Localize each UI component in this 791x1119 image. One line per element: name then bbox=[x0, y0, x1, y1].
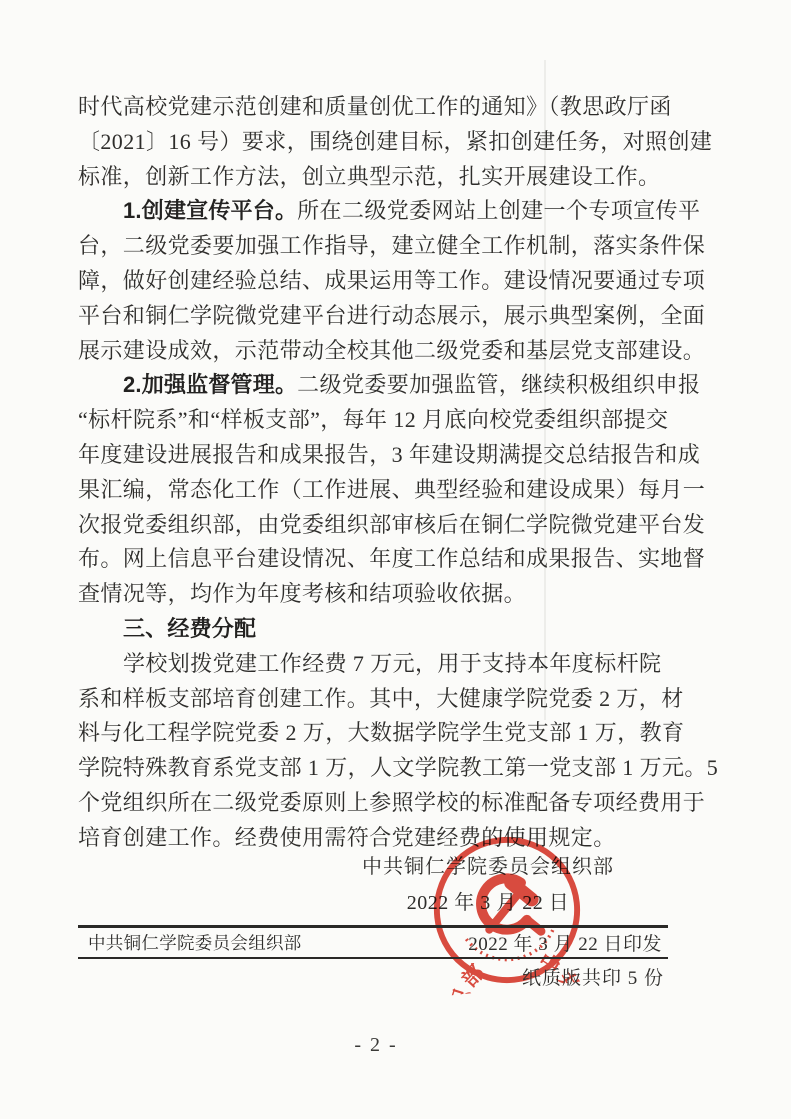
text-line: 系和样板支部培育创建工作。其中，大健康学院党委 2 万，材 bbox=[78, 682, 718, 717]
colophon: 中共铜仁学院委员会组织部 2022 年 3 月 22 日印发 纸质版共印 5 份 bbox=[78, 925, 668, 992]
text-line: 查情况等，均作为年度考核和结项验收依据。 bbox=[78, 577, 718, 612]
line-text: 展示建设成效，示范带动全校其他二级党委和基层党支部建设。 bbox=[78, 338, 705, 363]
line-text: 果汇编，常态化工作（工作进展、典型经验和建设成果）每月一 bbox=[78, 477, 705, 502]
text-line: 个党组织所在二级党委原则上参照学校的标准配备专项经费用于 bbox=[78, 786, 718, 821]
colophon-copies: 纸质版共印 5 份 bbox=[78, 966, 668, 992]
text-line: 果汇编，常态化工作（工作进展、典型经验和建设成果）每月一 bbox=[78, 473, 718, 508]
line-lead: 2.加强监督管理。 bbox=[123, 372, 297, 397]
text-line: 1.创建宣传平台。所在二级党委网站上创建一个专项宣传平 bbox=[78, 194, 718, 229]
colophon-row: 中共铜仁学院委员会组织部 2022 年 3 月 22 日印发 bbox=[78, 928, 668, 957]
text-line: 料与化工程学院党委 2 万，大数据学院学生党支部 1 万，教育 bbox=[78, 716, 718, 751]
colophon-rule-bottom bbox=[78, 957, 668, 960]
line-text: 〔2021〕16 号）要求，围绕创建目标，紧扣创建任务，对照创建 bbox=[78, 129, 712, 154]
line-text: 系和样板支部培育创建工作。其中，大健康学院党委 2 万，材 bbox=[78, 686, 684, 711]
text-line: 学校划拨党建工作经费 7 万元，用于支持本年度标杆院 bbox=[78, 647, 718, 682]
line-text: 所在二级党委网站上创建一个专项宣传平 bbox=[297, 198, 700, 223]
colophon-issue-date: 2022 年 3 月 22 日印发 bbox=[468, 929, 662, 956]
line-text: “标杆院系”和“样板支部”，每年 12 月底向校党委组织部提交 bbox=[78, 407, 668, 432]
text-line: 次报党委组织部，由党委组织部审核后在铜仁学院微党建平台发 bbox=[78, 508, 718, 543]
line-text: 时代高校党建示范创建和质量创优工作的通知》（教思政厅函 bbox=[78, 94, 672, 119]
line-text: 个党组织所在二级党委原则上参照学校的标准配备专项经费用于 bbox=[78, 790, 705, 815]
text-line: 展示建设成效，示范带动全校其他二级党委和基层党支部建设。 bbox=[78, 334, 718, 369]
line-text: 障，做好创建经验总结、成果运用等工作。建设情况要通过专项 bbox=[78, 268, 705, 293]
document-body: 时代高校党建示范创建和质量创优工作的通知》（教思政厅函 〔2021〕16 号）要… bbox=[78, 90, 718, 856]
scanned-document-page: 时代高校党建示范创建和质量创优工作的通知》（教思政厅函 〔2021〕16 号）要… bbox=[0, 0, 791, 1119]
line-text: 二级党委要加强监管，继续积极组织申报 bbox=[297, 372, 700, 397]
line-text: 平台和铜仁学院微党建平台进行动态展示，展示典型案例，全面 bbox=[78, 303, 705, 328]
text-line: 学院特殊教育系党支部 1 万，人文学院教工第一党支部 1 万元。5 bbox=[78, 751, 718, 786]
section-heading: 三、经费分配 bbox=[78, 612, 718, 647]
text-line: 布。网上信息平台建设情况、年度工作总结和成果报告、实地督 bbox=[78, 542, 718, 577]
line-text: 查情况等，均作为年度考核和结项验收依据。 bbox=[78, 581, 526, 606]
text-line: “标杆院系”和“样板支部”，每年 12 月底向校党委组织部提交 bbox=[78, 403, 718, 438]
text-line: 2.加强监督管理。二级党委要加强监管，继续积极组织申报 bbox=[78, 368, 718, 403]
text-line: 时代高校党建示范创建和质量创优工作的通知》（教思政厅函 bbox=[78, 90, 718, 125]
line-text: 台，二级党委要加强工作指导，建立健全工作机制，落实条件保 bbox=[78, 233, 705, 258]
text-line: 〔2021〕16 号）要求，围绕创建目标，紧扣创建任务，对照创建 bbox=[78, 125, 718, 160]
line-text: 年度建设进展报告和成果报告，3 年建设期满提交总结报告和成 bbox=[78, 442, 700, 467]
line-lead: 1.创建宣传平台。 bbox=[123, 198, 297, 223]
line-text: 学校划拨党建工作经费 7 万元，用于支持本年度标杆院 bbox=[123, 651, 661, 676]
line-text: 学院特殊教育系党支部 1 万，人文学院教工第一党支部 1 万元。5 bbox=[78, 755, 718, 780]
colophon-issuer: 中共铜仁学院委员会组织部 bbox=[88, 930, 302, 955]
text-line: 平台和铜仁学院微党建平台进行动态展示，展示典型案例，全面 bbox=[78, 299, 718, 334]
page-number: - 2 - bbox=[320, 1034, 432, 1057]
line-lead: 三、经费分配 bbox=[123, 616, 256, 641]
line-text: 布。网上信息平台建设情况、年度工作总结和成果报告、实地督 bbox=[78, 546, 705, 571]
text-line: 障，做好创建经验总结、成果运用等工作。建设情况要通过专项 bbox=[78, 264, 718, 299]
line-text: 标准，创新工作方法，创立典型示范，扎实开展建设工作。 bbox=[78, 164, 660, 189]
line-text: 料与化工程学院党委 2 万，大数据学院学生党支部 1 万，教育 bbox=[78, 720, 684, 745]
line-text: 次报党委组织部，由党委组织部审核后在铜仁学院微党建平台发 bbox=[78, 512, 705, 537]
text-line: 标准，创新工作方法，创立典型示范，扎实开展建设工作。 bbox=[78, 160, 718, 195]
text-line: 台，二级党委要加强工作指导，建立健全工作机制，落实条件保 bbox=[78, 229, 718, 264]
text-line: 年度建设进展报告和成果报告，3 年建设期满提交总结报告和成 bbox=[78, 438, 718, 473]
